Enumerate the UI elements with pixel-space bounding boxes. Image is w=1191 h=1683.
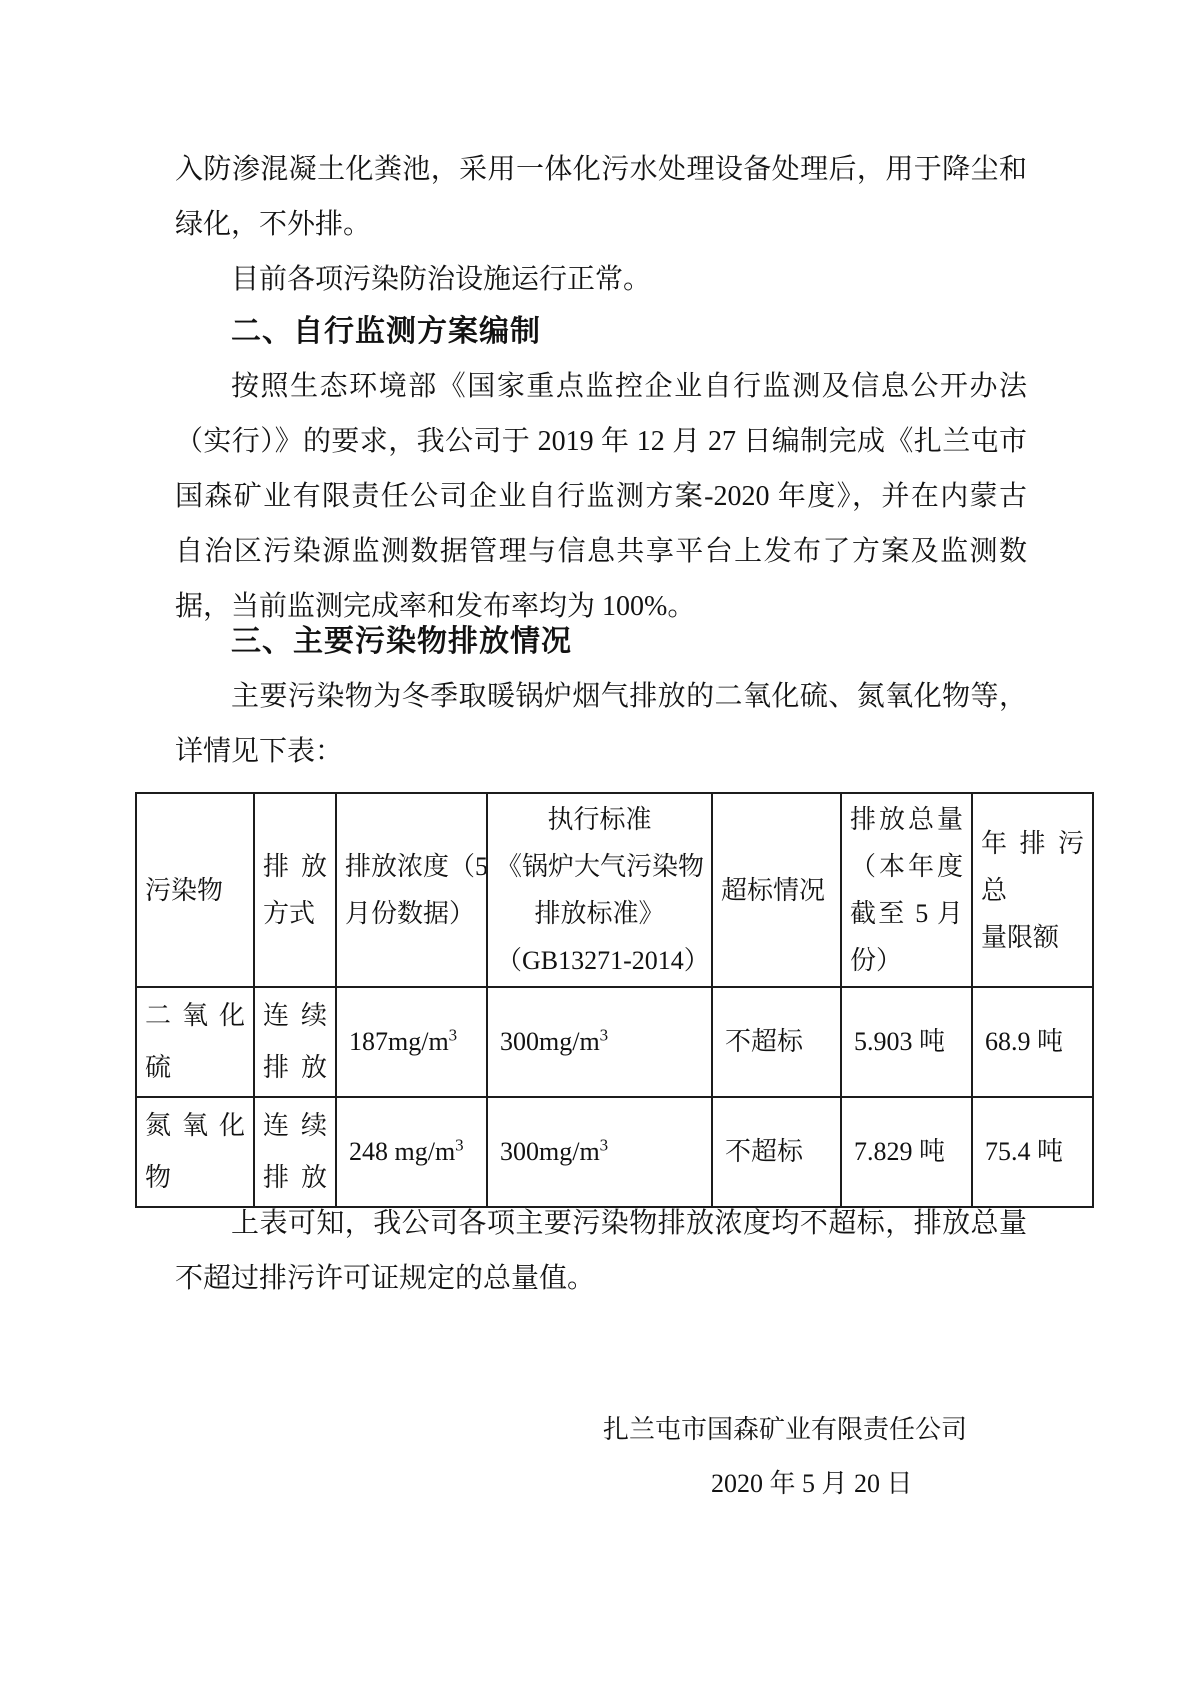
cell-line: 超标情况 (721, 867, 832, 914)
cell-line: 排放总量 (850, 796, 963, 843)
heading-section-2: 二、自行监测方案编制 (175, 304, 1027, 359)
body-line: （实行）》的要求，我公司于 2019 年 12 月 27 日编制完成《扎兰屯市 (175, 414, 1027, 469)
header-cell-total: 排放总量 （本年度 截至 5 月 份） (841, 793, 972, 987)
paragraph-conclusion: 上表可知，我公司各项主要污染物排放浓度均不超标，排放总量 不超过排污许可证规定的… (175, 1196, 1027, 1306)
body-line: 上表可知，我公司各项主要污染物排放浓度均不超标，排放总量 (175, 1196, 1027, 1251)
cell-line: 截至 5 月 (850, 890, 963, 937)
cell-exceed: 不超标 (712, 987, 841, 1097)
signature-company: 扎兰屯市国森矿业有限责任公司 (603, 1402, 967, 1457)
value-text: 7.829 吨 (850, 1126, 963, 1178)
header-cell-standard: 执行标准 《锅炉大气污染物 排放标准》 （GB13271-2014） (487, 793, 712, 987)
cell-limit: 68.9 吨 (972, 987, 1093, 1097)
cell-line: 污染物 (145, 867, 245, 914)
cell-line: 连续 (263, 990, 327, 1042)
paragraph-pollutant-intro: 主要污染物为冬季取暖锅炉烟气排放的二氧化硫、氮氧化物等， 详情见下表： (175, 669, 1027, 779)
body-line: 不超过排污许可证规定的总量值。 (175, 1251, 1027, 1306)
value-text: 75.4 吨 (981, 1126, 1084, 1178)
cell-line: 排放 (263, 1042, 327, 1094)
value-text: 248 mg/m (349, 1137, 455, 1166)
body-line: 绿化，不外排。 (175, 197, 1027, 252)
superscript: 3 (600, 1025, 609, 1044)
document-page: 入防渗混凝土化粪池，采用一体化污水处理设备处理后，用于降尘和 绿化，不外排。 目… (0, 0, 1191, 1683)
cell-concentration: 248 mg/m3 (336, 1097, 487, 1207)
superscript: 3 (600, 1135, 609, 1154)
header-cell-mode: 排放 方式 (254, 793, 336, 987)
paragraph-continuation: 入防渗混凝土化粪池，采用一体化污水处理设备处理后，用于降尘和 绿化，不外排。 (175, 142, 1027, 252)
value-text: 300mg/m (500, 1137, 600, 1166)
pollutant-table: 污染物 排放 方式 排放浓度（5 月份数据） 执行标准 《锅炉大气污染物 排放标… (135, 792, 1094, 1208)
cell-line: 排放浓度（5 (345, 843, 478, 890)
value-text: 68.9 吨 (981, 1016, 1084, 1068)
header-cell-concentration: 排放浓度（5 月份数据） (336, 793, 487, 987)
body-line: 目前各项污染防治设施运行正常。 (175, 252, 1027, 307)
value-text: 5.903 吨 (850, 1016, 963, 1068)
cell-limit: 75.4 吨 (972, 1097, 1093, 1207)
cell-line: 月份数据） (345, 890, 478, 937)
heading-section-3: 三、主要污染物排放情况 (175, 614, 1027, 669)
cell-line: 硫 (145, 1042, 245, 1094)
cell-mode: 连续 排放 (254, 987, 336, 1097)
header-cell-pollutant: 污染物 (136, 793, 254, 987)
value-text: 不超标 (721, 1126, 832, 1178)
value-text: 不超标 (721, 1016, 832, 1068)
paragraph-monitoring: 按照生态环境部《国家重点监控企业自行监测及信息公开办法 （实行）》的要求，我公司… (175, 359, 1027, 634)
body-line: 按照生态环境部《国家重点监控企业自行监测及信息公开办法 (175, 359, 1027, 414)
cell-pollutant-name: 二氧化 硫 (136, 987, 254, 1097)
cell-standard: 300mg/m3 (487, 1097, 712, 1207)
cell-line: 连续 (263, 1100, 327, 1152)
cell-line: 二氧化 (145, 990, 245, 1042)
cell-line: 执行标准 (496, 796, 703, 843)
cell-total: 5.903 吨 (841, 987, 972, 1097)
header-cell-exceed: 超标情况 (712, 793, 841, 987)
value-text: 187mg/m (349, 1027, 449, 1056)
cell-line: 年排污总 (981, 820, 1084, 914)
paragraph-status: 目前各项污染防治设施运行正常。 (175, 252, 1027, 307)
cell-line: （本年度 (850, 843, 963, 890)
body-line: 主要污染物为冬季取暖锅炉烟气排放的二氧化硫、氮氧化物等， (175, 669, 1027, 724)
body-line: 国森矿业有限责任公司企业自行监测方案-2020 年度》，并在内蒙古 (175, 469, 1027, 524)
cell-pollutant-name: 氮氧化 物 (136, 1097, 254, 1207)
table-row-so2: 二氧化 硫 连续 排放 187mg/m3 300mg/m3 不超标 5.903 … (136, 987, 1093, 1097)
superscript: 3 (449, 1025, 458, 1044)
cell-concentration: 187mg/m3 (336, 987, 487, 1097)
value-text: 300mg/m (500, 1027, 600, 1056)
body-line: 入防渗混凝土化粪池，采用一体化污水处理设备处理后，用于降尘和 (175, 142, 1027, 197)
table-row-nox: 氮氧化 物 连续 排放 248 mg/m3 300mg/m3 不超标 7.829… (136, 1097, 1093, 1207)
heading-text: 三、主要污染物排放情况 (175, 614, 1027, 669)
superscript: 3 (455, 1135, 464, 1154)
cell-line: 《锅炉大气污染物 (496, 843, 703, 890)
cell-line: （GB13271-2014） (496, 937, 703, 984)
cell-line: 排放标准》 (496, 890, 703, 937)
table-header-row: 污染物 排放 方式 排放浓度（5 月份数据） 执行标准 《锅炉大气污染物 排放标… (136, 793, 1093, 987)
header-cell-limit: 年排污总 量限额 (972, 793, 1093, 987)
signature-date: 2020 年 5 月 20 日 (711, 1456, 913, 1511)
cell-line: 方式 (263, 890, 327, 937)
cell-line: 排放 (263, 843, 327, 890)
cell-line: 份） (850, 937, 963, 984)
body-line: 自治区污染源监测数据管理与信息共享平台上发布了方案及监测数 (175, 524, 1027, 579)
body-line: 详情见下表： (175, 724, 1027, 779)
cell-total: 7.829 吨 (841, 1097, 972, 1207)
cell-standard: 300mg/m3 (487, 987, 712, 1097)
heading-text: 二、自行监测方案编制 (175, 304, 1027, 359)
cell-mode: 连续 排放 (254, 1097, 336, 1207)
cell-line: 量限额 (981, 914, 1084, 961)
cell-line: 氮氧化 (145, 1100, 245, 1152)
cell-exceed: 不超标 (712, 1097, 841, 1207)
